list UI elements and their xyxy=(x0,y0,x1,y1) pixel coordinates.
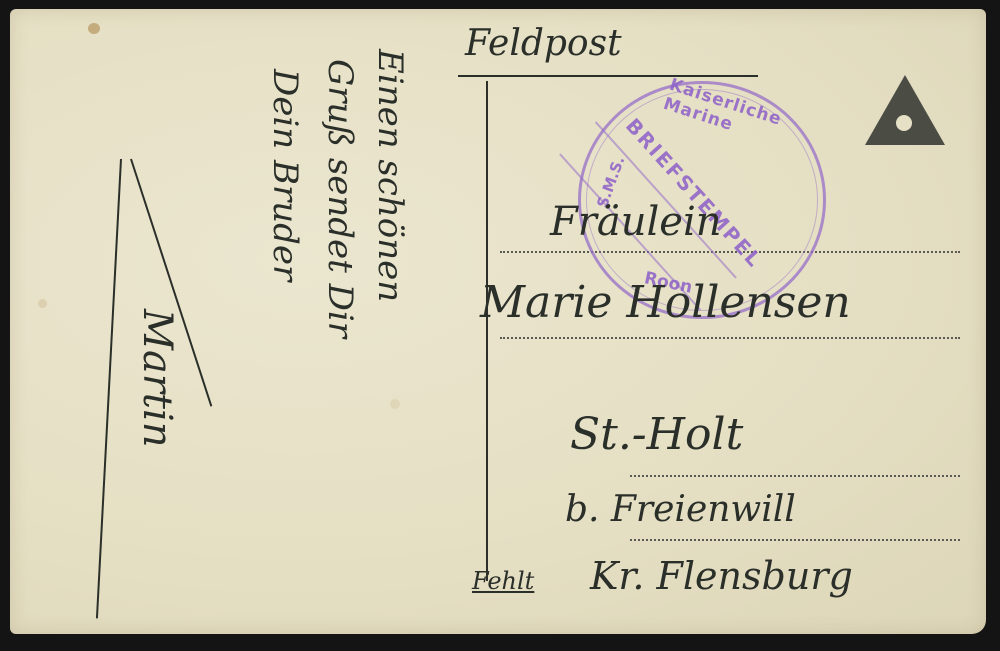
signature-stroke xyxy=(96,159,122,618)
age-stain xyxy=(88,23,100,34)
feldpost-header: Feldpost xyxy=(465,23,622,64)
censor-triangle-center xyxy=(896,115,912,131)
address-divider-line xyxy=(486,81,488,581)
address-salutation: Fräulein xyxy=(550,199,722,245)
message-line-3: Dein Bruder xyxy=(265,69,305,281)
postcard: Feldpost Kaiserliche Marine BRIEFSTEMPEL… xyxy=(10,9,986,634)
address-line-4 xyxy=(630,539,960,541)
age-stain xyxy=(38,299,47,308)
address-line-3 xyxy=(630,475,960,477)
address-name: Marie Hollensen xyxy=(480,277,851,328)
address-line-3-text: Kr. Flensburg xyxy=(590,554,853,598)
address-line-2 xyxy=(500,337,960,339)
message-line-1: Einen schönen xyxy=(370,49,410,302)
left-note: Fehlt xyxy=(472,567,534,595)
censor-triangle-icon xyxy=(865,75,945,145)
signature: Martin xyxy=(134,309,180,448)
age-stain xyxy=(390,399,400,409)
address-line-1-text: St.-Holt xyxy=(570,409,743,460)
address-line-2-text: b. Freienwill xyxy=(565,489,796,530)
feldpost-underline xyxy=(458,75,758,77)
message-line-2: Gruß sendet Dir xyxy=(320,59,360,338)
